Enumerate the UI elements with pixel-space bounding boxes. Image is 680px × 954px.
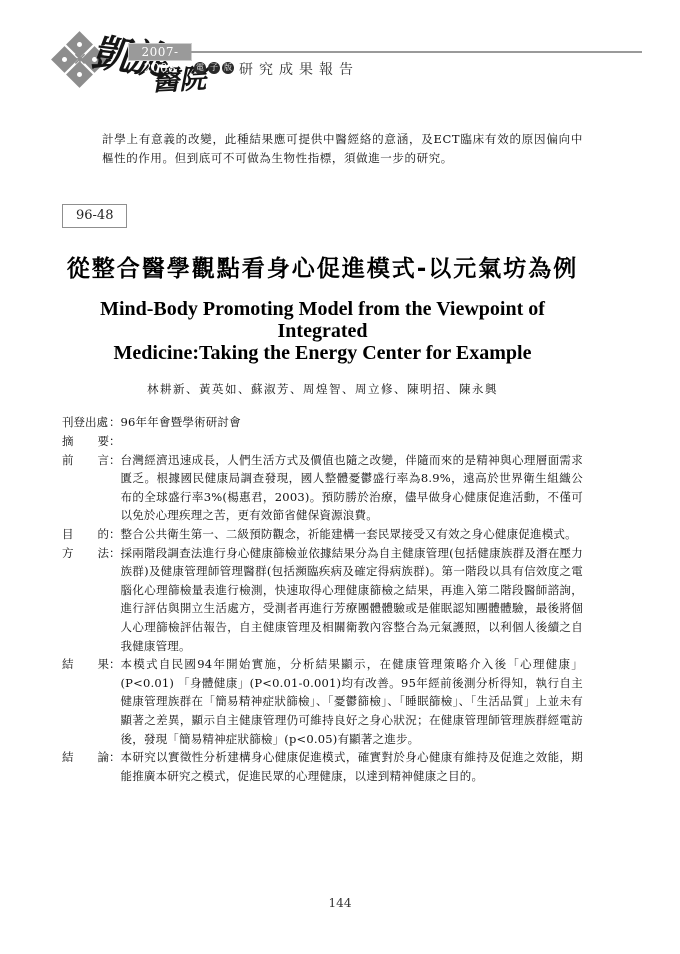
title-english: Mind-Body Promoting Model from the Viewp… [62, 298, 583, 364]
section-label: 結 論 [62, 748, 109, 767]
authors-line: 林耕新、黃英如、蘇淑芳、周煌智、周立修、陳明招、陳永興 [62, 381, 583, 397]
colon: ： [109, 525, 121, 544]
publication-label: 刊登出處 [62, 413, 109, 432]
abstract-sections: 刊登出處 ： 96年年會暨學術研討會 摘 要 ： 前 言 ： 台灣經濟迅速成長，… [62, 413, 583, 785]
title-chinese: 從整合醫學觀點看身心促進模式-以元氣坊為例 [62, 250, 583, 283]
section-label: 前 言 [62, 451, 109, 470]
abstract-content: 計學上有意義的改變，此種結果應可提供中醫經絡的意涵，及ECT臨床有效的原因偏向中… [62, 0, 583, 785]
colon: ： [109, 544, 121, 563]
abstract-label-row: 摘 要 ： [62, 432, 583, 451]
title-english-line1: Mind-Body Promoting Model from the Viewp… [100, 298, 545, 342]
page-number: 144 [0, 896, 680, 910]
section-foreword: 前 言 ： 台灣經濟迅速成長，人們生活方式及價值也隨之改變，伴隨而來的是精神與心… [62, 451, 583, 525]
previous-abstract-tail-paragraph: 計學上有意義的改變，此種結果應可提供中醫經絡的意涵，及ECT臨床有效的原因偏向中… [102, 130, 583, 168]
section-objective: 目 的 ： 整合公共衛生第一、二級預防觀念，祈能建構一套民眾接受又有效之身心健康… [62, 525, 583, 544]
section-method: 方 法 ： 採兩階段調查法進行身心健康篩檢並依據結果分為自主健康管理(包括健康族… [62, 544, 583, 656]
publication-row: 刊登出處 ： 96年年會暨學術研討會 [62, 413, 583, 432]
colon: ： [109, 413, 121, 432]
section-label: 摘 要 [62, 432, 109, 451]
colon: ： [109, 655, 121, 674]
section-text: 整合公共衛生第一、二級預防觀念，祈能建構一套民眾接受又有效之身心健康促進模式。 [121, 525, 584, 544]
document-page: ✳ 凱旋 醫院 2007-2008 電 子 版 研究成果報告 計學上有意義的改變… [0, 0, 680, 954]
section-text: 本研究以實徵性分析建構身心健康促進模式，確實對於身心健康有維持及促進之效能，期能… [121, 748, 584, 785]
colon: ： [109, 451, 121, 470]
section-text: 本模式自民國94年開始實施，分析結果顯示，在健康管理策略介入後「心理健康」(P<… [121, 655, 584, 748]
section-conclusion: 結 論 ： 本研究以實徵性分析建構身心健康促進模式，確實對於身心健康有維持及促進… [62, 748, 583, 785]
section-label: 目 的 [62, 525, 109, 544]
colon: ： [109, 748, 121, 767]
section-label: 結 果 [62, 655, 109, 674]
abstract-id-box: 96-48 [62, 204, 127, 228]
section-results: 結 果 ： 本模式自民國94年開始實施，分析結果顯示，在健康管理策略介入後「心理… [62, 655, 583, 748]
section-label: 方 法 [62, 544, 109, 563]
section-text: 台灣經濟迅速成長，人們生活方式及價值也隨之改變，伴隨而來的是精神與心理層面需求匱… [121, 451, 584, 525]
colon: ： [109, 432, 121, 451]
title-english-line2: Medicine:Taking the Energy Center for Ex… [114, 342, 532, 364]
section-text: 採兩階段調查法進行身心健康篩檢並依據結果分為自主健康管理(包括健康族群及潛在壓力… [121, 544, 584, 656]
publication-value: 96年年會暨學術研討會 [121, 413, 584, 432]
